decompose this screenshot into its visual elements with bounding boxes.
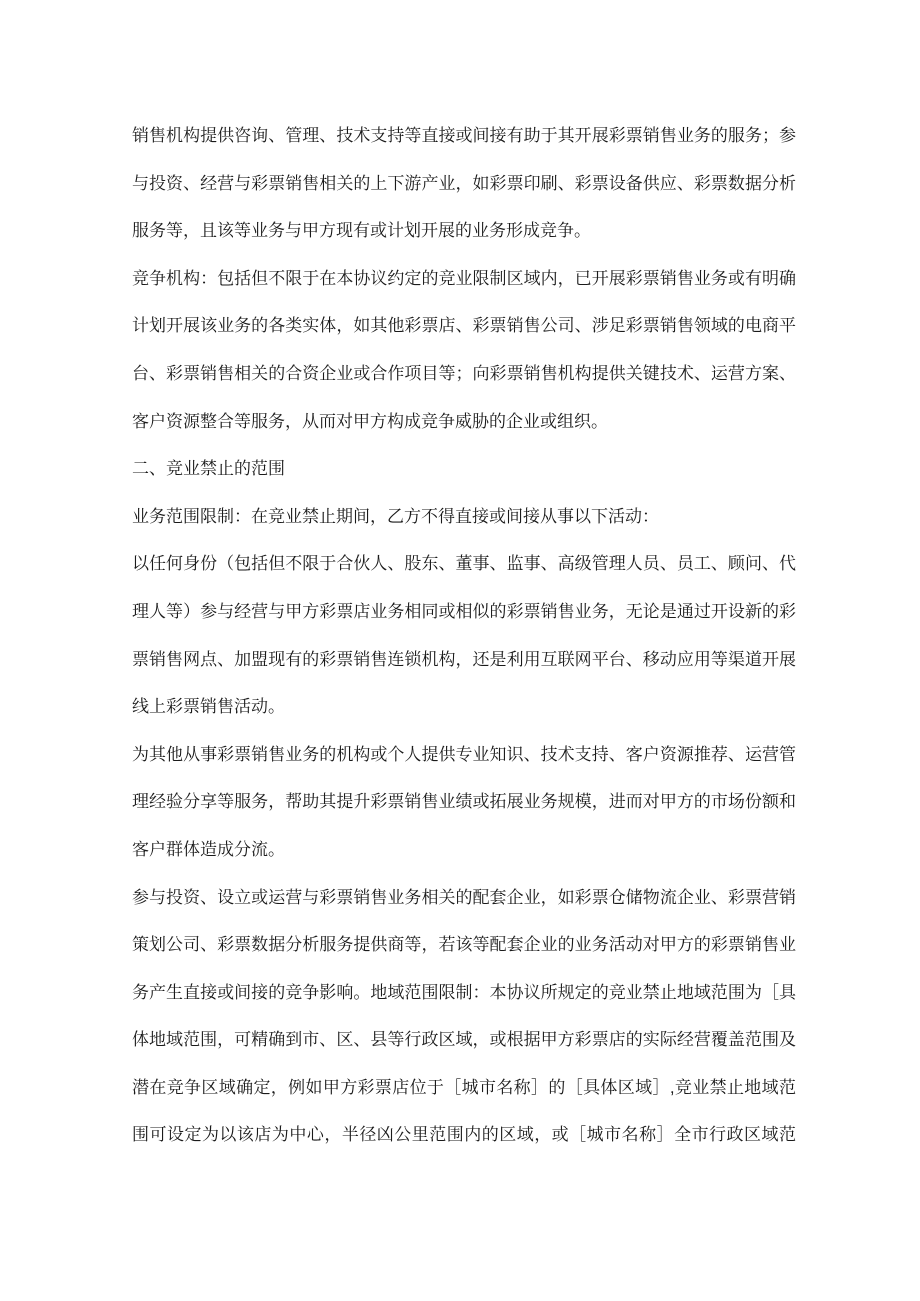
text-line: 竞争机构：包括但不限于在本协议约定的竞业限制区域内，已开展彩票销售业务或有明确 [132,255,796,303]
text-line: 业务范围限制：在竞业禁止期间，乙方不得直接或间接从事以下活动： [132,493,796,541]
text-line: 策划公司、彩票数据分析服务提供商等，若该等配套企业的业务活动对甲方的彩票销售业 [132,921,796,969]
text-line: 与投资、经营与彩票销售相关的上下游产业，如彩票印刷、彩票设备供应、彩票数据分析 [132,160,796,208]
text-line: 销售机构提供咨询、管理、技术支持等直接或间接有助于其开展彩票销售业务的服务；参 [132,112,796,160]
text-line: 以任何身份（包括但不限于合伙人、股东、董事、监事、高级管理人员、员工、顾问、代 [132,540,796,588]
document-page: 销售机构提供咨询、管理、技术支持等直接或间接有助于其开展彩票销售业务的服务；参 … [0,0,920,1301]
text-line: 线上彩票销售活动。 [132,683,796,731]
text-line: 客户群体造成分流。 [132,826,796,874]
text-line: 潜在竞争区域确定，例如甲方彩票店位于［城市名称］的［具体区域］,竞业禁止地域范 [132,1064,796,1112]
text-line: 围可设定为以该店为中心，半径凶公里范围内的区域，或［城市名称］全市行政区域范 [132,1111,796,1159]
section-heading: 二、竞业禁止的范围 [132,445,796,493]
text-line: 计划开展该业务的各类实体，如其他彩票店、彩票销售公司、涉足彩票销售领域的电商平 [132,302,796,350]
text-line: 理经验分享等服务，帮助其提升彩票销售业绩或拓展业务规模，进而对甲方的市场份额和 [132,778,796,826]
text-line: 为其他从事彩票销售业务的机构或个人提供专业知识、技术支持、客户资源推荐、运营管 [132,731,796,779]
text-line: 参与投资、设立或运营与彩票销售业务相关的配套企业，如彩票仓储物流企业、彩票营销 [132,874,796,922]
text-line: 服务等，且该等业务与甲方现有或计划开展的业务形成竞争。 [132,207,796,255]
text-line: 理人等）参与经营与甲方彩票店业务相同或相似的彩票销售业务，无论是通过开设新的彩 [132,588,796,636]
text-line: 票销售网点、加盟现有的彩票销售连锁机构，还是利用互联网平台、移动应用等渠道开展 [132,636,796,684]
text-line: 务产生直接或间接的竞争影响。地域范围限制：本协议所规定的竞业禁止地域范围为［具 [132,969,796,1017]
text-line: 台、彩票销售相关的合资企业或合作项目等；向彩票销售机构提供关键技术、运营方案、 [132,350,796,398]
document-body: 销售机构提供咨询、管理、技术支持等直接或间接有助于其开展彩票销售业务的服务；参 … [132,112,796,1159]
text-line: 体地域范围，可精确到市、区、县等行政区域，或根据甲方彩票店的实际经营覆盖范围及 [132,1016,796,1064]
text-line: 客户资源整合等服务，从而对甲方构成竞争威胁的企业或组织。 [132,398,796,446]
